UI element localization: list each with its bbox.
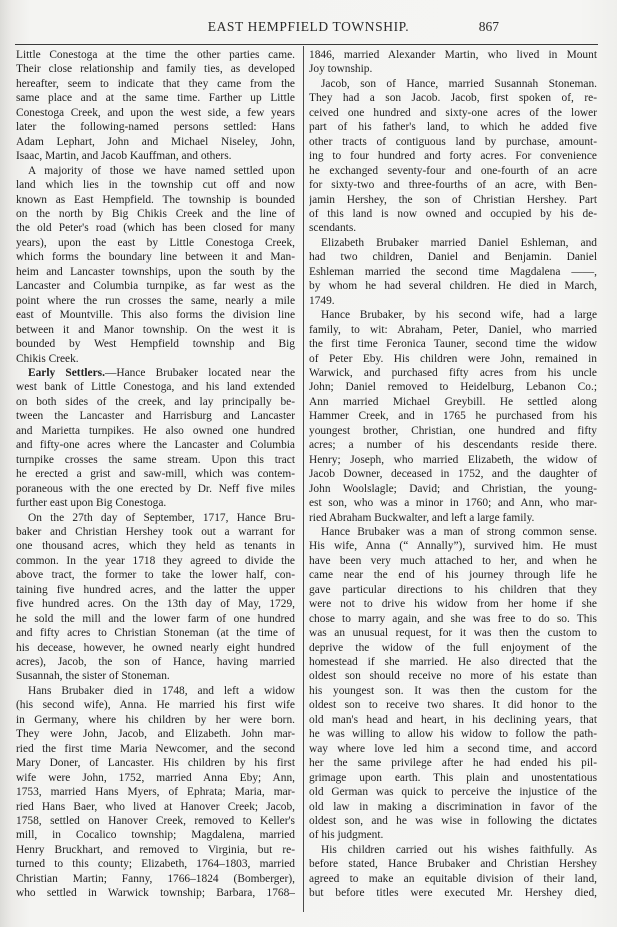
text-line: was an unusual request, for it was then … [309,626,597,640]
paragraph: His children carried out his wishes fait… [309,843,597,901]
text-line: Hans Brubaker died in 1748, and left a w… [16,684,295,698]
text-line: Elizabeth Brubaker married Daniel Eshlem… [309,236,597,250]
text-line: jamin Hershey, the son of Christian Hers… [309,193,597,207]
paragraph: Early Settlers.—Hance Brubaker located n… [16,366,295,511]
text-line: homestead if she married. He also direct… [309,655,597,669]
paragraph: 1846, married Alexander Martin, who live… [309,48,597,77]
text-line: other tracts of contiguous land by purch… [309,135,597,149]
text-line: Christian Martin; Fanny, 1766–1824 (Bomb… [16,872,295,886]
text-line: he erected a grist and saw-mill, which w… [16,467,295,481]
text-line: Lancaster and Columbia turnpike, as far … [16,279,295,293]
text-line: agreed to make an equitable division of … [309,872,597,886]
text-line: chose to marry again, and she was free t… [309,612,597,626]
text-line: land which lies in the township cut off … [16,178,295,192]
text-line: Hammer Creek, and in 1765 he purchased f… [309,409,597,423]
text-line: of this land is now owned and occupied b… [309,207,597,221]
paragraph: Jacob, son of Hance, married Susannah St… [309,77,597,236]
text-line: her the same privilege after he had ende… [309,756,597,770]
book-page: EAST HEMPFIELD TOWNSHIP. 867 Little Cone… [0,0,617,927]
text-line: way where love led him a second time, an… [309,742,597,756]
text-line: taining five hundred acres, and the latt… [16,583,295,597]
text-line: 1758, settled on Hanover Creek, removed … [16,814,295,828]
text-line: gave particular directions to his childr… [309,583,597,597]
text-line: Warwick, and purchased fifty acres from … [309,366,597,380]
text-line: he sold the mill and the lower farm of o… [16,612,295,626]
text-line: Chikis Creek. [16,352,295,366]
text-line: for sixty-two and three-fourths of an ac… [309,178,597,192]
text-line: west bank of Little Conestoga, and his l… [16,380,295,394]
text-line: oldest son to receive two shares. It did… [309,698,597,712]
text-line: scendants. [309,221,597,235]
text-line: old law in making a discrimination in fa… [309,800,597,814]
text-line: Susannah, the sister of Stoneman. [16,669,295,683]
text-line: ried Abraham Buckwalter, and left a larg… [309,511,597,525]
text-line: on the north by Big Chikis Creek and the… [16,207,295,221]
text-line: Isaac, Martin, and Jacob Kauffman, and o… [16,149,295,163]
text-line: ing to four hundred and forty acres. For… [309,149,597,163]
paragraph: Little Conestoga at the time the other p… [16,48,295,164]
text-line: family, to wit: Abraham, Peter, Daniel, … [309,323,597,337]
text-line: mill, in Cocalico township; Magdalena, m… [16,828,295,842]
paragraph: On the 27th day of September, 1717, Hanc… [16,511,295,684]
paragraph: A majority of those we have named settle… [16,164,295,366]
text-line: His wife, Anna (“ Annally”), survived hi… [309,539,597,553]
text-line: old man's head and heart, in his declini… [309,713,597,727]
text-line: John Woolslagle; David; and Christian, t… [309,482,597,496]
column-divider [303,46,304,912]
text-line: Adam Lephart, John and Michael Niseley, … [16,135,295,149]
text-line: Mary Doner, of Lancaster. His children b… [16,756,295,770]
text-line: oldest son should receive no more of his… [309,669,597,683]
text-line: 1753, married Hans Myers, of Ephrata; Ma… [16,785,295,799]
text-line: 1749. [309,294,597,308]
text-line: youngest brother, Christian, one hundred… [309,424,597,438]
text-line: Joy township. [309,62,597,76]
text-line: bounded by West Hempfield township and B… [16,337,295,351]
text-line: later the following-named persons settle… [16,120,295,134]
text-line: wife were John, 1752, married Anna Eby; … [16,771,295,785]
text-line: ried the first time Maria Newcomer, and … [16,742,295,756]
text-line: east of Mountville. This also forms the … [16,308,295,322]
section-lead-in: Early Settlers. [28,367,105,379]
text-line: further east upon Big Conestoga. [16,496,295,510]
text-line: tween the Lancaster and Harrisburg and L… [16,409,295,423]
header-rule [15,44,598,45]
text-line: John; Daniel removed to Heidelburg, Leba… [309,380,597,394]
text-line: between it and Manor township. On the we… [16,323,295,337]
text-line: ried Hans Baer, who lived at Hanover Cre… [16,800,295,814]
text-line: 1846, married Alexander Martin, who live… [309,48,597,62]
left-column: Little Conestoga at the time the other p… [16,48,295,901]
text-line: They were John, Jacob, and Elizabeth. Jo… [16,727,295,741]
page-number: 867 [479,19,499,35]
paragraph: Hans Brubaker died in 1748, and left a w… [16,684,295,901]
text-line: deprive the widow of the full enjoyment … [309,641,597,655]
text-line: Hance Brubaker was a man of strong commo… [309,525,597,539]
text-line: acres), Jacob, the son of Hance, having … [16,655,295,669]
text-line: he was willing to allow his widow to fol… [309,727,597,741]
text-line: same place and at the same time. Farther… [16,91,295,105]
text-line: old German was quick to perceive the inj… [309,785,597,799]
text-line: On the 27th day of September, 1717, Hanc… [16,511,295,525]
text-line: above tract, the former to take the lowe… [16,568,295,582]
text-line: Henry Bruckhart, and removed to Virginia… [16,843,295,857]
page-title: EAST HEMPFIELD TOWNSHIP. [0,19,617,35]
text-run: —Hance Brubaker located near the [105,367,295,379]
text-line: and Marietta turnpikes. He also owned on… [16,424,295,438]
paragraph: Hance Brubaker, by his second wife, had … [309,308,597,525]
text-line: of his judgment. [309,828,597,842]
text-line: on both sides of the creek, and lay prin… [16,395,295,409]
text-line: and fifty-one acres where the Lancaster … [16,438,295,452]
text-line: Henry; Joseph, who married Elizabeth, th… [309,453,597,467]
paragraph: Elizabeth Brubaker married Daniel Eshlem… [309,236,597,308]
text-line: turned to this county; Elizabeth, 1764–1… [16,857,295,871]
text-line: turnpike crosses the same stream. Upon t… [16,453,295,467]
text-line: baker and Christian Hershey took out a w… [16,525,295,539]
text-line: which forms the boundary line between it… [16,250,295,264]
text-line: were not to drive his widow from her hom… [309,597,597,611]
text-line: est son, who was a minor in 1760; and An… [309,496,597,510]
text-line: part of his father's land, to which he a… [309,120,597,134]
text-line: who settled in Warwick township; Barbara… [16,886,295,900]
text-line: of Peter Eby. His children were John, re… [309,352,597,366]
text-line: the first time Feronica Tauner, second t… [309,337,597,351]
text-line: before stated, Hance Brubaker and Christ… [309,857,597,871]
text-line: in Germany, where his children by her we… [16,713,295,727]
text-line: his youngest son. It was then the custom… [309,684,597,698]
text-line: Hance Brubaker, by his second wife, had … [309,308,597,322]
text-line: had two children, Daniel and Benjamin. D… [309,250,597,264]
text-line: grimage upon earth. This plain and unost… [309,771,597,785]
text-line: (his second wife), Anna. He married his … [16,698,295,712]
text-line: he exchanged seventy-four and one-fourth… [309,164,597,178]
text-line: by whom he had several children. He died… [309,279,597,293]
text-line: heim and Lancaster townships, upon the s… [16,265,295,279]
text-line: acres; a number of his descendants resid… [309,438,597,452]
text-line: the old Peter's road (which has been clo… [16,221,295,235]
text-line: his decease, however, he owned nearly ei… [16,641,295,655]
paragraph: Hance Brubaker was a man of strong commo… [309,525,597,843]
text-line: Ann married Michael Greybill. He settled… [309,395,597,409]
text-line: His children carried out his wishes fait… [309,843,597,857]
text-line: Jacob, son of Hance, married Susannah St… [309,77,597,91]
text-line: came near the end of his journey through… [309,568,597,582]
text-line: five hundred acres. On the 13th day of M… [16,597,295,611]
text-line: ceived one hundred and sixty-one acres o… [309,106,597,120]
text-line: poraneous with the one erected by Dr. Ne… [16,482,295,496]
text-line: Early Settlers.—Hance Brubaker located n… [16,366,295,380]
text-line: but before titles were executed Mr. Hers… [309,886,597,900]
text-line: and fifty acres to Christian Stoneman (a… [16,626,295,640]
text-line: Their close relationship and family ties… [16,62,295,76]
text-line: oldest son, and he was wise in following… [309,814,597,828]
text-line: Eshleman married the second time Magdale… [309,265,597,279]
text-line: one thousand acres, which they held as t… [16,539,295,553]
text-line: known as East Hempfield. The township is… [16,193,295,207]
text-line: Jacob Downer, deceased in 1752, and the … [309,467,597,481]
text-line: years), upon the east by Little Conestog… [16,236,295,250]
text-line: have been very much attached to her, and… [309,554,597,568]
text-line: They had a son Jacob. Jacob, first spoke… [309,91,597,105]
text-line: Little Conestoga at the time the other p… [16,48,295,62]
text-line: Conestoga Creek, and upon the west side,… [16,106,295,120]
text-line: A majority of those we have named settle… [16,164,295,178]
text-line: hereafter, seem to indicate that they ca… [16,77,295,91]
text-line: point where the run crosses the same, ne… [16,294,295,308]
running-header: EAST HEMPFIELD TOWNSHIP. 867 [0,17,617,37]
text-line: common. In the year 1718 they agreed to … [16,554,295,568]
right-column: 1846, married Alexander Martin, who live… [309,48,597,901]
